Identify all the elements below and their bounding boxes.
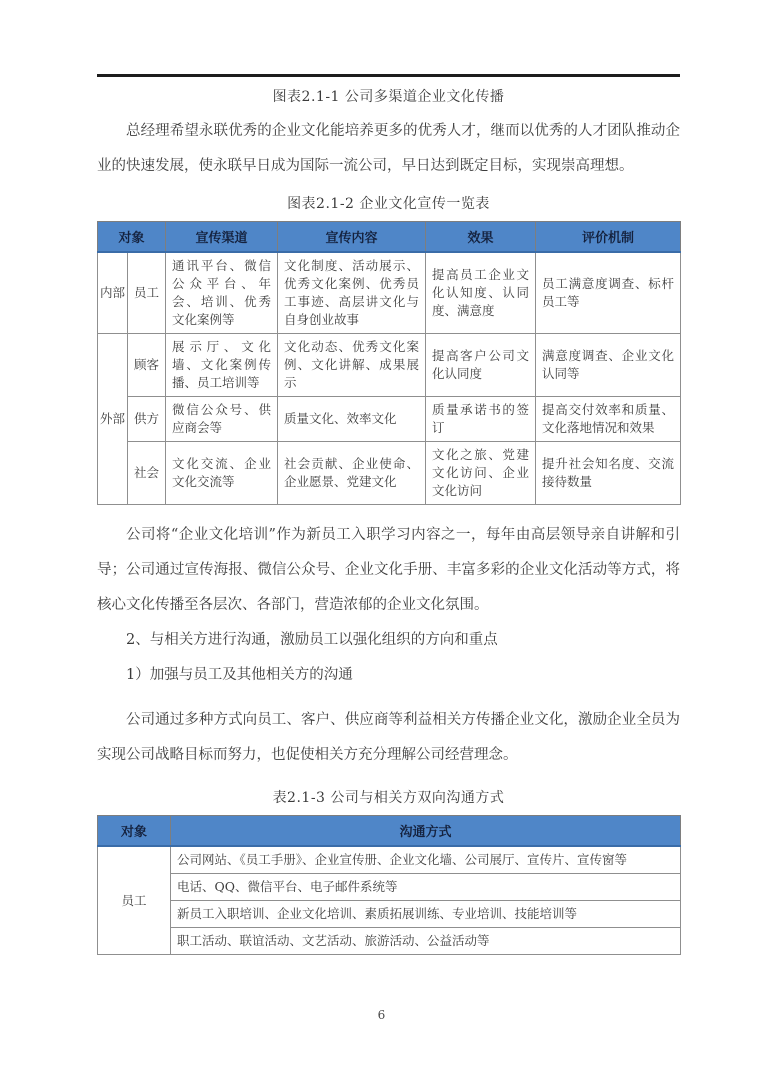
cell-effect-employee: 提高员工企业文化认知度、认同度、满意度 xyxy=(426,252,536,334)
cell-evaluation-employee: 员工满意度调查、标杆员工等 xyxy=(536,252,681,334)
table-row-external-society: 社会 文化交流、企业文化交流等 社会贡献、企业使命、企业愿景、党建文化 文化之旅… xyxy=(98,442,681,505)
col-header-method: 沟通方式 xyxy=(171,816,681,847)
cell-evaluation-society: 提升社会知名度、交流接待数量 xyxy=(536,442,681,505)
table-culture-promotion-head: 对象 宣传渠道 宣传内容 效果 评价机制 xyxy=(98,222,681,253)
cell-channel-employee: 通讯平台、微信公众平台、年会、培训、优秀文化案例等 xyxy=(166,252,278,334)
table-culture-promotion: 对象 宣传渠道 宣传内容 效果 评价机制 内部 员工 通讯平台、微信公众平台、年… xyxy=(97,221,681,505)
page-number: 6 xyxy=(0,1008,763,1022)
cell-target-employee: 员工 xyxy=(128,252,166,334)
cell-group-external: 外部 xyxy=(98,334,128,505)
cell-method-activities: 职工活动、联谊活动、文艺活动、旅游活动、公益活动等 xyxy=(171,928,681,955)
cell-channel-customer: 展示厅、文化墙、文化案例传播、员工培训等 xyxy=(166,334,278,397)
table-communication-methods: 对象 沟通方式 员工 公司网站、《员工手册》、企业宣传册、企业文化墙、公司展厅、… xyxy=(97,815,681,955)
cell-effect-supplier: 质量承诺书的签订 xyxy=(426,397,536,442)
col-header-object: 对象 xyxy=(98,222,166,253)
heading-level2-communication: 2、与相关方进行沟通，激励员工以强化组织的方向和重点 xyxy=(97,623,680,658)
cell-channel-society: 文化交流、企业文化交流等 xyxy=(166,442,278,505)
col-header-object2: 对象 xyxy=(98,816,171,847)
cell-content-supplier: 质量文化、效率文化 xyxy=(278,397,426,442)
paragraph-culture-training: 公司将“企业文化培训”作为新员工入职学习内容之一，每年由高层领导亲自讲解和引导；… xyxy=(97,518,680,623)
caption-table-2-1-3: 表2.1-3 公司与相关方双向沟通方式 xyxy=(97,787,680,807)
page-header-rule xyxy=(97,74,680,77)
cell-method-digital: 电话、QQ、微信平台、电子邮件系统等 xyxy=(171,874,681,901)
cell-channel-supplier: 微信公众号、供应商会等 xyxy=(166,397,278,442)
table-header-row: 对象 宣传渠道 宣传内容 效果 评价机制 xyxy=(98,222,681,253)
table-row-external-customer: 外部 顾客 展示厅、文化墙、文化案例传播、员工培训等 文化动态、优秀文化案例、文… xyxy=(98,334,681,397)
table-communication-methods-body: 员工 公司网站、《员工手册》、企业宣传册、企业文化墙、公司展厅、宣传片、宣传窗等… xyxy=(98,846,681,955)
cell-content-customer: 文化动态、优秀文化案例、文化讲解、成果展示 xyxy=(278,334,426,397)
table2-header-row: 对象 沟通方式 xyxy=(98,816,681,847)
cell-evaluation-supplier: 提高交付效率和质量、文化落地情况和效果 xyxy=(536,397,681,442)
page-content: 图表2.1-1 公司多渠道企业文化传播 总经理希望永联优秀的企业文化能培养更多的… xyxy=(0,0,763,955)
cell-target-society: 社会 xyxy=(128,442,166,505)
col-header-channel: 宣传渠道 xyxy=(166,222,278,253)
cell-content-society: 社会贡献、企业使命、企业愿景、党建文化 xyxy=(278,442,426,505)
table-row-internal-employee: 内部 员工 通讯平台、微信公众平台、年会、培训、优秀文化案例等 文化制度、活动展… xyxy=(98,252,681,334)
col-header-effect: 效果 xyxy=(426,222,536,253)
heading-level3-strengthen-communication: 1）加强与员工及其他相关方的沟通 xyxy=(97,658,680,693)
caption-figure-2-1-2: 图表2.1-2 企业文化宣传一览表 xyxy=(97,193,680,213)
paragraph-general-manager: 总经理希望永联优秀的企业文化能培养更多的优秀人才，继而以优秀的人才团队推动企业的… xyxy=(97,114,680,184)
table-row-external-supplier: 供方 微信公众号、供应商会等 质量文化、效率文化 质量承诺书的签订 提高交付效率… xyxy=(98,397,681,442)
table2-row-media: 员工 公司网站、《员工手册》、企业宣传册、企业文化墙、公司展厅、宣传片、宣传窗等 xyxy=(98,846,681,874)
document-page: 图表2.1-1 公司多渠道企业文化传播 总经理希望永联优秀的企业文化能培养更多的… xyxy=(0,0,763,1080)
caption-figure-2-1-1: 图表2.1-1 公司多渠道企业文化传播 xyxy=(97,86,680,106)
cell-target-supplier: 供方 xyxy=(128,397,166,442)
cell-effect-customer: 提高客户公司文化认同度 xyxy=(426,334,536,397)
cell-target-customer: 顾客 xyxy=(128,334,166,397)
paragraph-stakeholder-communication: 公司通过多种方式向员工、客户、供应商等利益相关方传播企业文化，激励企业全员为实现… xyxy=(97,703,680,773)
table-culture-promotion-body: 内部 员工 通讯平台、微信公众平台、年会、培训、优秀文化案例等 文化制度、活动展… xyxy=(98,252,681,505)
table2-row-activities: 职工活动、联谊活动、文艺活动、旅游活动、公益活动等 xyxy=(98,928,681,955)
cell-method-training: 新员工入职培训、企业文化培训、素质拓展训练、专业培训、技能培训等 xyxy=(171,901,681,928)
table2-row-digital: 电话、QQ、微信平台、电子邮件系统等 xyxy=(98,874,681,901)
cell-group-employee: 员工 xyxy=(98,846,171,955)
table-communication-methods-head: 对象 沟通方式 xyxy=(98,816,681,847)
cell-method-media: 公司网站、《员工手册》、企业宣传册、企业文化墙、公司展厅、宣传片、宣传窗等 xyxy=(171,846,681,874)
col-header-evaluation: 评价机制 xyxy=(536,222,681,253)
cell-content-employee: 文化制度、活动展示、优秀文化案例、优秀员工事迹、高层讲文化与自身创业故事 xyxy=(278,252,426,334)
cell-group-internal: 内部 xyxy=(98,252,128,334)
table2-row-training: 新员工入职培训、企业文化培训、素质拓展训练、专业培训、技能培训等 xyxy=(98,901,681,928)
cell-effect-society: 文化之旅、党建文化访问、企业文化访问 xyxy=(426,442,536,505)
cell-evaluation-customer: 满意度调查、企业文化认同等 xyxy=(536,334,681,397)
col-header-content: 宣传内容 xyxy=(278,222,426,253)
